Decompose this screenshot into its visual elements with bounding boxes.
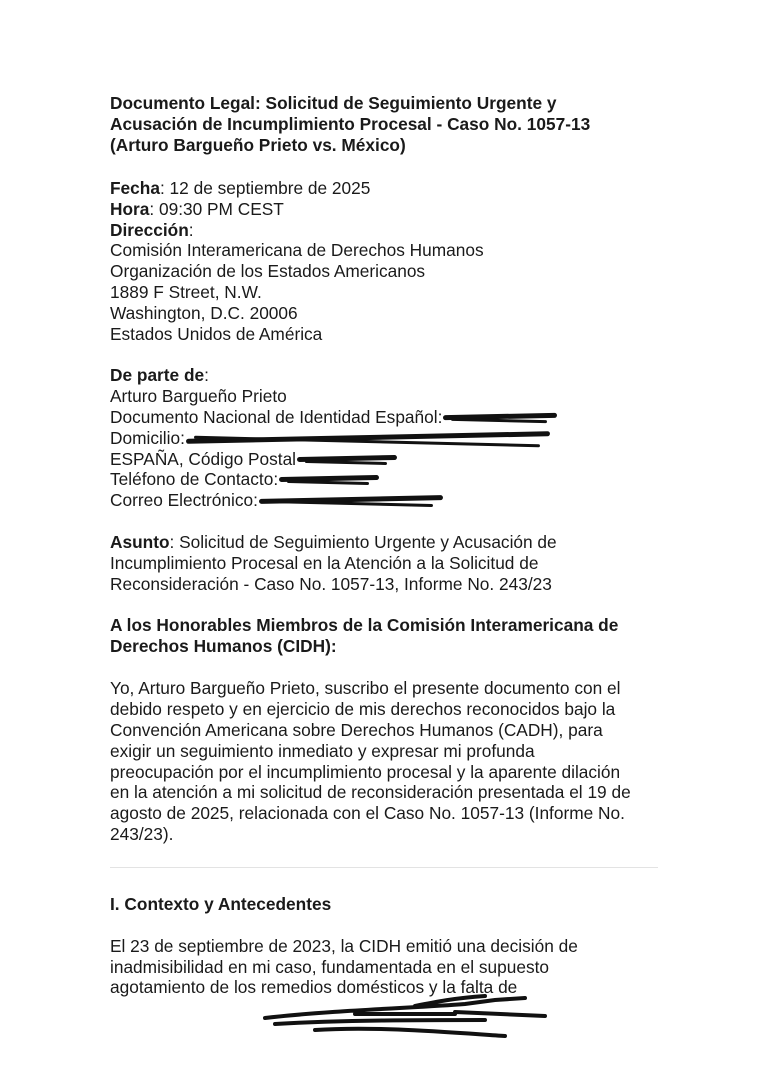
fecha-label: Fecha xyxy=(110,178,160,198)
intro-line: debido respeto y en ejercicio de mis der… xyxy=(110,699,670,720)
asunto-label: Asunto xyxy=(110,532,170,552)
intro-line: 243/23). xyxy=(110,824,670,845)
domicilio-line-2: ESPAÑA, Código Postal [redactado] xyxy=(110,449,670,470)
domicilio-label: Domicilio: xyxy=(110,428,190,448)
postal-code-redacted: [redactado] xyxy=(301,449,387,470)
section-divider xyxy=(110,867,658,868)
email-redacted: [redactado] xyxy=(263,490,433,511)
intro-line: agosto de 2025, relacionada con el Caso … xyxy=(110,803,670,824)
dni-line: Documento Nacional de Identidad Español:… xyxy=(110,407,670,428)
section-paragraph: El 23 de septiembre de 2023, la CIDH emi… xyxy=(110,936,670,998)
section-heading: I. Contexto y Antecedentes xyxy=(110,894,670,915)
fecha-line: Fecha: 12 de septiembre de 2025 xyxy=(110,178,670,199)
address-line: Organización de los Estados Americanos xyxy=(110,261,670,282)
intro-line: preocupación por el incumplimiento proce… xyxy=(110,762,670,783)
domicilio-line2-label: ESPAÑA, Código Postal xyxy=(110,449,301,469)
address-line: Washington, D.C. 20006 xyxy=(110,303,670,324)
dni-label: Documento Nacional de Identidad Español: xyxy=(110,407,447,427)
intro-line: en la atención a mi solicitud de reconsi… xyxy=(110,782,670,803)
sender-name: Arturo Bargueño Prieto xyxy=(110,386,670,407)
asunto-line: Incumplimiento Procesal en la Atención a… xyxy=(110,553,670,574)
direccion-label: Dirección xyxy=(110,220,189,240)
sender-label: De parte de xyxy=(110,365,204,385)
asunto-line: Asunto: Solicitud de Seguimiento Urgente… xyxy=(110,532,670,553)
address-line: Comisión Interamericana de Derechos Huma… xyxy=(110,240,670,261)
intro-paragraph: Yo, Arturo Bargueño Prieto, suscribo el … xyxy=(110,678,670,844)
sender-heading: De parte de: xyxy=(110,365,670,386)
telefono-label: Teléfono de Contacto: xyxy=(110,469,283,489)
document-page: Documento Legal: Solicitud de Seguimient… xyxy=(110,93,670,1020)
document-title: Documento Legal: Solicitud de Seguimient… xyxy=(110,93,670,156)
redaction-scribble xyxy=(255,990,555,1040)
asunto-text: : Solicitud de Seguimiento Urgente y Acu… xyxy=(170,532,557,552)
hora-line: Hora: 09:30 PM CEST xyxy=(110,199,670,220)
fecha-value: : 12 de septiembre de 2025 xyxy=(160,178,370,198)
sender-block: De parte de: Arturo Bargueño Prieto Docu… xyxy=(110,365,670,511)
section-line: El 23 de septiembre de 2023, la CIDH emi… xyxy=(110,936,670,957)
dni-redacted: [redactado] xyxy=(447,407,547,428)
intro-line: exigir un seguimiento inmediato y expres… xyxy=(110,741,670,762)
title-line: Documento Legal: Solicitud de Seguimient… xyxy=(110,93,670,114)
title-line: (Arturo Bargueño Prieto vs. México) xyxy=(110,135,670,156)
direccion-line: Dirección: xyxy=(110,220,670,241)
direccion-suffix: : xyxy=(189,220,194,240)
asunto-block: Asunto: Solicitud de Seguimiento Urgente… xyxy=(110,532,670,594)
address-line: Estados Unidos de América xyxy=(110,324,670,345)
email-label: Correo Electrónico: xyxy=(110,490,263,510)
telefono-line: Teléfono de Contacto: [redactado] xyxy=(110,469,670,490)
asunto-line: Reconsideración - Caso No. 1057-13, Info… xyxy=(110,574,670,595)
salutation-line: A los Honorables Miembros de la Comisión… xyxy=(110,615,670,636)
address-line: 1889 F Street, N.W. xyxy=(110,282,670,303)
section-line: inadmisibilidad en mi caso, fundamentada… xyxy=(110,957,670,978)
hora-value: : 09:30 PM CEST xyxy=(149,199,283,219)
email-line: Correo Electrónico: [redactado] xyxy=(110,490,670,511)
domicilio-line: Domicilio: [redactado] xyxy=(110,428,670,449)
meta-block: Fecha: 12 de septiembre de 2025 Hora: 09… xyxy=(110,178,670,344)
sender-label-suffix: : xyxy=(204,365,209,385)
salutation-line: Derechos Humanos (CIDH): xyxy=(110,636,670,657)
salutation: A los Honorables Miembros de la Comisión… xyxy=(110,615,670,657)
domicilio-redacted: [redactado] xyxy=(190,428,540,449)
hora-label: Hora xyxy=(110,199,149,219)
telefono-redacted: [redactado] xyxy=(283,469,369,490)
title-line: Acusación de Incumplimiento Procesal - C… xyxy=(110,114,670,135)
intro-line: Convención Americana sobre Derechos Huma… xyxy=(110,720,670,741)
intro-line: Yo, Arturo Bargueño Prieto, suscribo el … xyxy=(110,678,670,699)
